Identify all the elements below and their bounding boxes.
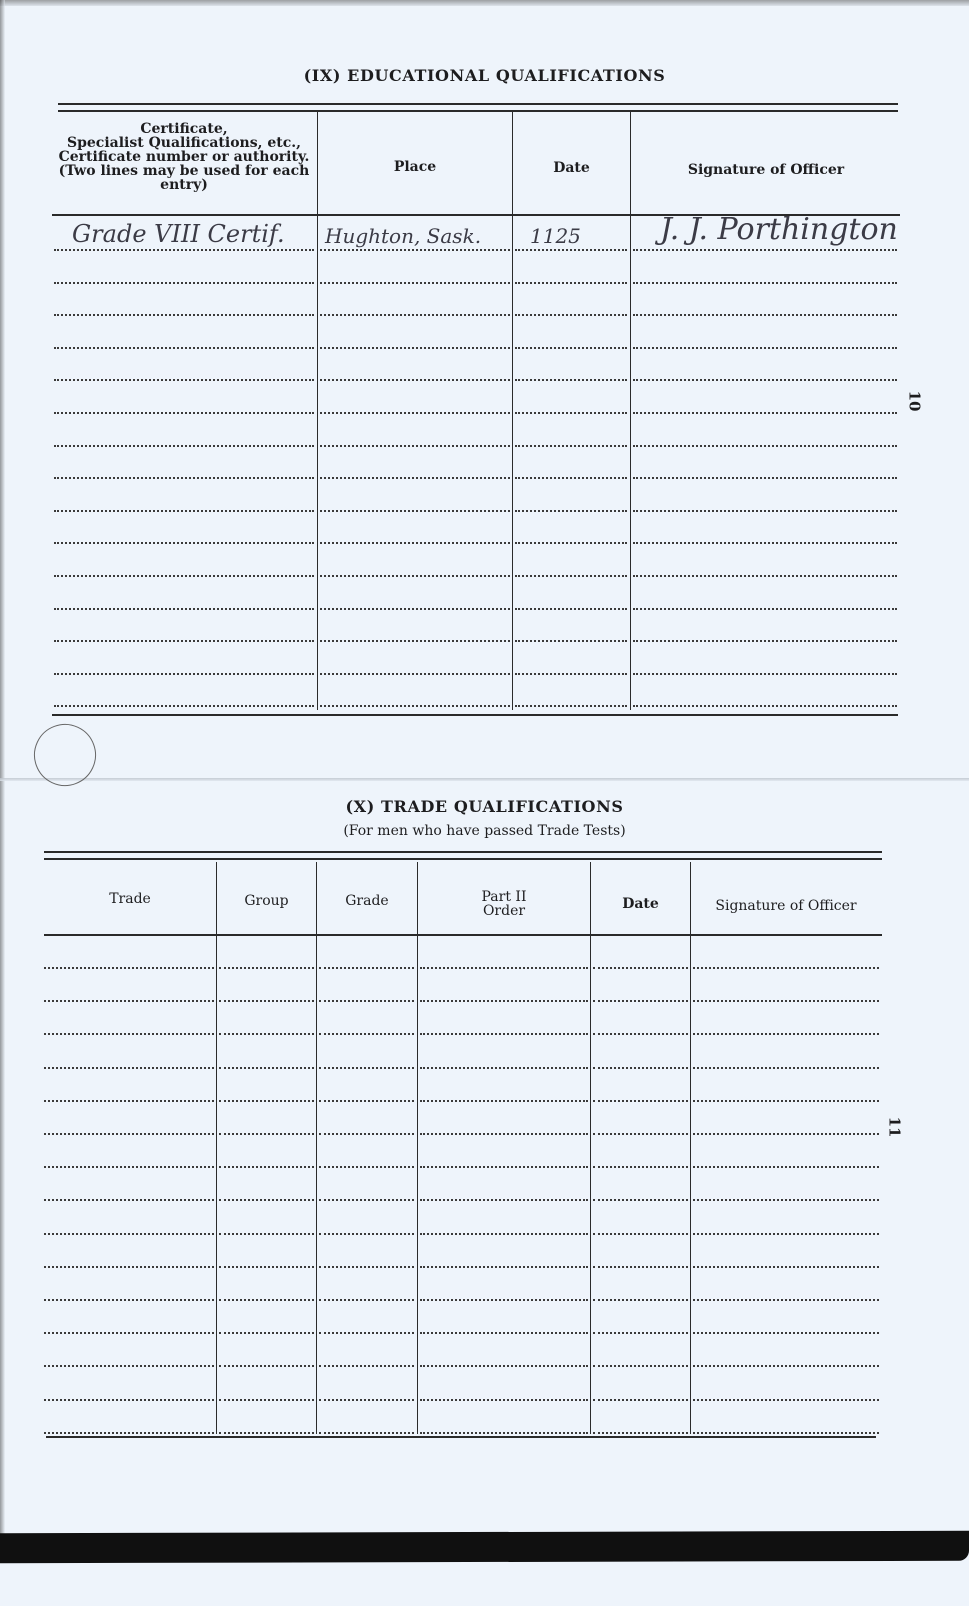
dotted-row-line (320, 640, 510, 642)
column-divider (317, 110, 318, 710)
dotted-row-line (515, 249, 627, 251)
dotted-row-line (320, 249, 510, 251)
dotted-row-line (54, 640, 314, 642)
dotted-row-line (593, 967, 688, 969)
trade-table-bottom-rule (46, 1436, 876, 1438)
dotted-row-line (44, 1365, 214, 1367)
dotted-row-line (515, 379, 627, 381)
dotted-row-line (44, 1033, 214, 1035)
entry-signature: J. J. Porthington (660, 212, 898, 247)
column-divider (417, 862, 418, 1434)
column-header-place: Place (318, 160, 512, 174)
dotted-row-line (44, 1199, 214, 1201)
dotted-row-line (693, 1067, 879, 1069)
column-header-date: Date (513, 161, 630, 175)
dotted-row-line (593, 1199, 688, 1201)
dotted-row-line (54, 249, 314, 251)
entry-date: 1125 (530, 224, 581, 248)
dotted-row-line (54, 673, 314, 675)
dotted-row-line (420, 1299, 588, 1301)
dotted-row-line (54, 379, 314, 381)
dotted-row-line (420, 1399, 588, 1401)
dotted-row-line (693, 1233, 879, 1235)
dotted-row-line (515, 412, 627, 414)
dotted-row-line (593, 1100, 688, 1102)
dotted-row-line (54, 477, 314, 479)
column-header-group: Group (217, 894, 316, 908)
dotted-row-line (219, 1100, 314, 1102)
dotted-row-line (320, 575, 510, 577)
dotted-row-line (44, 1299, 214, 1301)
dotted-row-line (320, 379, 510, 381)
header-double-rule (58, 103, 898, 112)
column-divider (316, 862, 317, 1434)
dotted-row-line (420, 1199, 588, 1201)
dotted-row-line (693, 1199, 879, 1201)
dotted-row-line (319, 1399, 414, 1401)
dotted-row-line (693, 1000, 879, 1002)
dotted-row-line (320, 510, 510, 512)
dotted-row-line (219, 967, 314, 969)
dotted-row-line (320, 445, 510, 447)
dotted-row-line (320, 347, 510, 349)
dotted-row-line (693, 1033, 879, 1035)
dotted-row-line (320, 673, 510, 675)
dotted-row-line (219, 1199, 314, 1201)
dotted-row-line (319, 1332, 414, 1334)
dotted-row-line (420, 1432, 588, 1434)
dotted-row-line (44, 1100, 214, 1102)
dotted-row-line (515, 477, 627, 479)
dotted-row-line (54, 705, 314, 707)
dotted-row-line (420, 1000, 588, 1002)
dotted-row-line (219, 1399, 314, 1401)
dotted-row-line (54, 445, 314, 447)
entry-certificate: Grade VIII Certif. (72, 220, 285, 248)
dotted-row-line (320, 412, 510, 414)
dotted-row-line (633, 412, 897, 414)
dotted-row-line (320, 608, 510, 610)
dotted-row-line (219, 1432, 314, 1434)
dotted-row-line (515, 705, 627, 707)
dotted-row-line (44, 1133, 214, 1135)
dotted-row-line (320, 314, 510, 316)
dotted-row-line (693, 1365, 879, 1367)
dotted-row-line (319, 1432, 414, 1434)
dotted-row-line (54, 347, 314, 349)
dotted-row-line (593, 1166, 688, 1168)
dotted-row-line (54, 575, 314, 577)
page-number-10: 10 (905, 391, 923, 412)
column-divider (630, 110, 631, 710)
dotted-row-line (515, 347, 627, 349)
column-header-part-ii-order: Part II Order (418, 890, 590, 918)
dotted-row-line (420, 1067, 588, 1069)
dotted-row-line (420, 1332, 588, 1334)
dotted-row-line (54, 314, 314, 316)
dotted-row-line (593, 1133, 688, 1135)
dotted-row-line (693, 1166, 879, 1168)
column-header-certificate: Certificate, Specialist Qualifications, … (52, 122, 316, 192)
dotted-row-line (633, 510, 897, 512)
dotted-row-line (633, 347, 897, 349)
dotted-row-line (420, 1133, 588, 1135)
column-header-signature: Signature of Officer (691, 899, 881, 913)
dotted-row-line (515, 542, 627, 544)
column-header-signature: Signature of Officer (632, 163, 900, 177)
dotted-row-line (593, 1266, 688, 1268)
dotted-row-line (633, 640, 897, 642)
dotted-row-line (593, 1332, 688, 1334)
dotted-row-line (219, 1133, 314, 1135)
dotted-row-line (693, 1432, 879, 1434)
dotted-row-line (693, 1266, 879, 1268)
dotted-row-line (44, 1432, 214, 1434)
dotted-row-line (515, 510, 627, 512)
dotted-row-line (219, 1233, 314, 1235)
dotted-row-line (593, 1000, 688, 1002)
dotted-row-line (44, 1266, 214, 1268)
dotted-row-line (515, 640, 627, 642)
column-header-date: Date (591, 897, 690, 911)
dotted-row-line (693, 1100, 879, 1102)
dotted-row-line (44, 1000, 214, 1002)
dotted-row-line (219, 1166, 314, 1168)
dotted-row-line (219, 1033, 314, 1035)
dotted-row-line (633, 542, 897, 544)
dotted-row-line (633, 705, 897, 707)
dotted-row-line (515, 608, 627, 610)
dotted-row-line (633, 673, 897, 675)
column-header-grade: Grade (317, 894, 417, 908)
dotted-row-line (219, 1000, 314, 1002)
dotted-row-line (54, 510, 314, 512)
dotted-row-line (593, 1067, 688, 1069)
educational-section-title: (IX) EDUCATIONAL QUALIFICATIONS (0, 66, 969, 85)
dotted-row-line (54, 542, 314, 544)
dotted-row-line (515, 314, 627, 316)
column-header-trade: Trade (44, 892, 216, 906)
dotted-row-line (44, 1233, 214, 1235)
dotted-row-line (633, 249, 897, 251)
dotted-row-line (319, 1067, 414, 1069)
dotted-row-line (593, 1033, 688, 1035)
dotted-row-line (54, 282, 314, 284)
dotted-row-line (693, 1399, 879, 1401)
dotted-row-line (633, 379, 897, 381)
dotted-row-line (319, 1365, 414, 1367)
dotted-row-line (319, 967, 414, 969)
trade-section-title: (X) TRADE QUALIFICATIONS (0, 797, 969, 816)
dotted-row-line (420, 967, 588, 969)
dotted-row-line (633, 282, 897, 284)
dotted-row-line (44, 1166, 214, 1168)
dotted-row-line (420, 1266, 588, 1268)
dotted-row-line (420, 1233, 588, 1235)
dotted-row-line (319, 1000, 414, 1002)
dotted-row-line (44, 1399, 214, 1401)
dotted-row-line (44, 1067, 214, 1069)
trade-header-bottom-rule (44, 934, 882, 936)
dotted-row-line (515, 575, 627, 577)
dotted-row-line (319, 1133, 414, 1135)
dotted-row-line (219, 1266, 314, 1268)
dotted-row-line (633, 608, 897, 610)
dotted-row-line (693, 967, 879, 969)
dotted-row-line (693, 1332, 879, 1334)
dotted-row-line (319, 1199, 414, 1201)
column-divider (690, 862, 691, 1434)
dotted-row-line (693, 1299, 879, 1301)
trade-section-subtitle: (For men who have passed Trade Tests) (0, 823, 969, 839)
dotted-row-line (593, 1432, 688, 1434)
entry-place: Hughton, Sask. (325, 224, 481, 248)
dotted-row-line (633, 477, 897, 479)
dotted-row-line (420, 1365, 588, 1367)
dotted-row-line (593, 1299, 688, 1301)
column-divider (590, 862, 591, 1434)
dotted-row-line (319, 1266, 414, 1268)
dotted-row-line (219, 1365, 314, 1367)
dotted-row-line (515, 445, 627, 447)
dotted-row-line (44, 967, 214, 969)
dotted-row-line (319, 1233, 414, 1235)
dotted-row-line (420, 1100, 588, 1102)
dotted-row-line (219, 1067, 314, 1069)
dotted-row-line (420, 1033, 588, 1035)
dotted-row-line (515, 282, 627, 284)
dotted-row-line (219, 1299, 314, 1301)
dotted-row-line (593, 1365, 688, 1367)
dotted-row-line (319, 1100, 414, 1102)
dotted-row-line (320, 542, 510, 544)
dotted-row-line (593, 1233, 688, 1235)
dotted-row-line (319, 1033, 414, 1035)
dotted-row-line (319, 1299, 414, 1301)
dotted-row-line (54, 608, 314, 610)
page-fold (0, 778, 969, 781)
page-number-11: 11 (885, 1117, 903, 1138)
dotted-row-line (54, 412, 314, 414)
dotted-row-line (633, 314, 897, 316)
dotted-row-line (44, 1332, 214, 1334)
dotted-row-line (593, 1399, 688, 1401)
column-divider (216, 862, 217, 1434)
scan-shadow-band (0, 1531, 969, 1564)
dotted-row-line (320, 705, 510, 707)
circled-margin-mark (25, 715, 104, 794)
dotted-row-line (420, 1166, 588, 1168)
dotted-row-line (219, 1332, 314, 1334)
table-bottom-rule (52, 714, 898, 716)
dotted-row-line (515, 673, 627, 675)
dotted-row-line (633, 445, 897, 447)
column-divider (512, 110, 513, 710)
dotted-row-line (320, 282, 510, 284)
dotted-row-line (693, 1133, 879, 1135)
page-edge (0, 0, 969, 6)
dotted-row-line (319, 1166, 414, 1168)
trade-header-double-rule (44, 851, 882, 860)
dotted-row-line (633, 575, 897, 577)
dotted-row-line (320, 477, 510, 479)
